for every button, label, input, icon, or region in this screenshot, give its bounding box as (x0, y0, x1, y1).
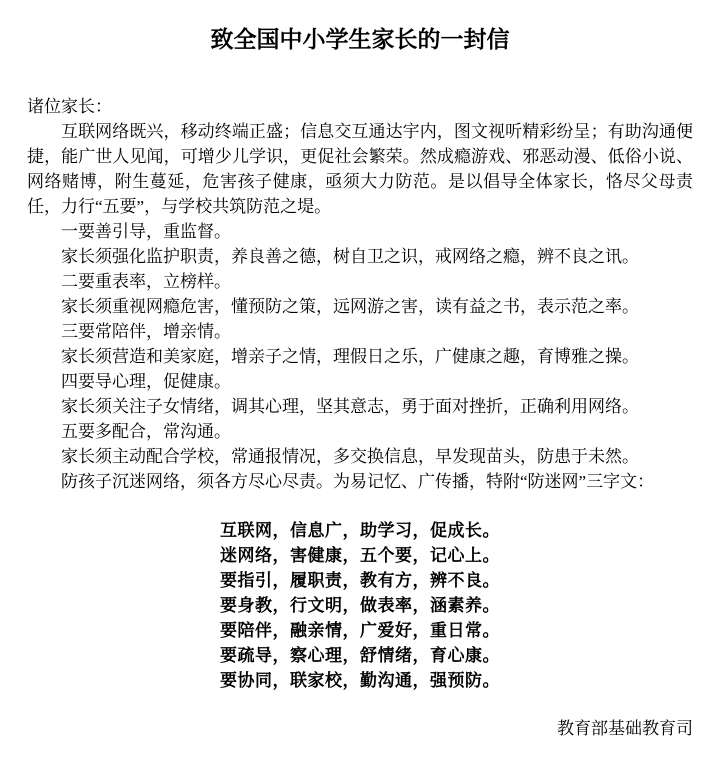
verse-line-2: 迷网络，害健康，五个要，记心上。 (27, 543, 693, 568)
point-4-detail: 家长须关注子女情绪，调其心理，坚其意志，勇于面对挫折，正确利用网络。 (27, 394, 693, 419)
point-3-heading: 三要常陪伴，增亲情。 (27, 319, 693, 344)
intro-paragraph: 互联网络既兴，移动终端正盛；信息交互通达宇内，图文视听精彩纷呈；有助沟通便捷，能… (27, 119, 693, 219)
point-2-detail: 家长须重视网瘾危害，懂预防之策，远网游之害，读有益之书，表示范之率。 (27, 294, 693, 319)
page-title: 致全国中小学生家长的一封信 (27, 26, 693, 54)
point-3-detail: 家长须营造和美家庭，增亲子之情，理假日之乐，广健康之趣，育博雅之操。 (27, 344, 693, 369)
three-character-verse: 互联网，信息广，助学习，促成长。 迷网络，害健康，五个要，记心上。 要指引，履职… (27, 518, 693, 693)
verse-line-4: 要身教，行文明，做表率，涵素养。 (27, 593, 693, 618)
point-4-heading: 四要导心理，促健康。 (27, 369, 693, 394)
verse-line-6: 要疏导，察心理，舒情绪，育心康。 (27, 643, 693, 668)
point-2-heading: 二要重表率，立榜样。 (27, 269, 693, 294)
letter-body: 诸位家长： 互联网络既兴，移动终端正盛；信息交互通达宇内，图文视听精彩纷呈；有助… (27, 94, 693, 494)
point-1-heading: 一要善引导，重监督。 (27, 219, 693, 244)
point-5-heading: 五要多配合，常沟通。 (27, 419, 693, 444)
verse-line-1: 互联网，信息广，助学习，促成长。 (27, 518, 693, 543)
closing-paragraph: 防孩子沉迷网络，须各方尽心尽责。为易记忆、广传播，特附“防迷网”三字文： (27, 469, 693, 494)
verse-line-7: 要协同，联家校，勤沟通，强预防。 (27, 668, 693, 693)
point-1-detail: 家长须强化监护职责，养良善之德，树自卫之识，戒网络之瘾，辨不良之讯。 (27, 244, 693, 269)
verse-line-5: 要陪伴，融亲情，广爱好，重日常。 (27, 618, 693, 643)
signature: 教育部基础教育司 (27, 716, 693, 741)
letter-document: 致全国中小学生家长的一封信 诸位家长： 互联网络既兴，移动终端正盛；信息交互通达… (0, 0, 726, 784)
salutation: 诸位家长： (27, 94, 693, 119)
verse-line-3: 要指引，履职责，教有方，辨不良。 (27, 568, 693, 593)
point-5-detail: 家长须主动配合学校，常通报情况，多交换信息，早发现苗头，防患于未然。 (27, 444, 693, 469)
